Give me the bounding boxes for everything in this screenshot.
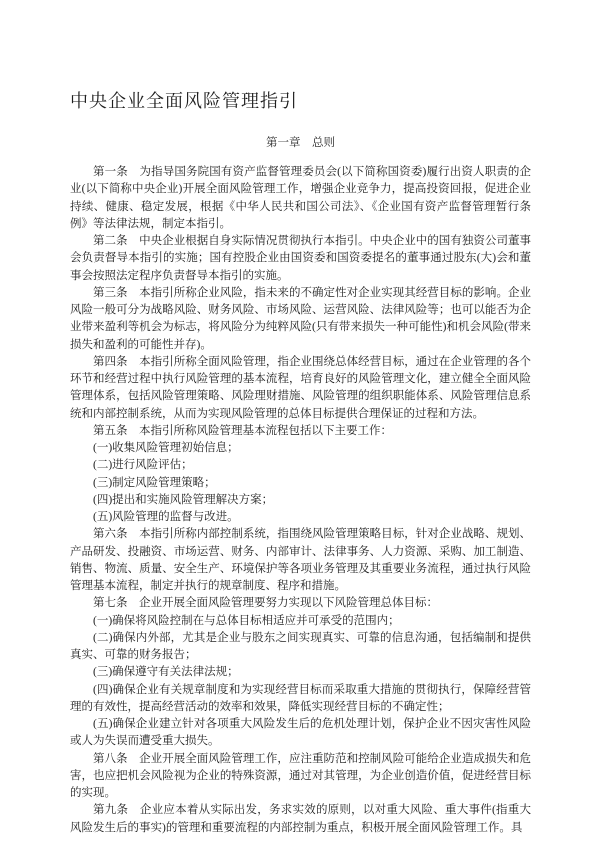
paragraph: 第九条 企业应本着从实际出发，务求实效的原则，以对重大风险、重大事件(指重大风险… [70, 802, 531, 837]
paragraph: 第八条 企业开展全面风险管理工作，应注重防范和控制风险可能给企业造成损失和危害，… [70, 751, 531, 803]
document-title: 中央企业全面风险管理指引 [70, 88, 531, 114]
paragraph: (五)确保企业建立针对各项重大风险发生后的危机处理计划，保护企业不因灾害性风险或… [70, 716, 531, 751]
paragraph: (四)提出和实施风险管理解决方案； [70, 492, 531, 509]
paragraph: 第一条 为指导国务院国有资产监督管理委员会(以下简称国资委)履行出资人职责的企业… [70, 164, 531, 233]
paragraph: (一)收集风险管理初始信息； [70, 440, 531, 457]
paragraph: (二)确保内外部，尤其是企业与股东之间实现真实、可靠的信息沟通，包括编制和提供真… [70, 630, 531, 665]
document-content: 中央企业全面风险管理指引 第一章 总则 第一条 为指导国务院国有资产监督管理委员… [70, 88, 531, 837]
paragraph: (一)确保将风险控制在与总体目标相适应并可承受的范围内； [70, 613, 531, 630]
paragraph: 第四条 本指引所称全面风险管理，指企业围绕总体经营目标，通过在企业管理的各个环节… [70, 354, 531, 423]
paragraph: 第七条 企业开展全面风险管理要努力实现以下风险管理总体目标： [70, 595, 531, 612]
paragraph: 第二条 中央企业根据自身实际情况贯彻执行本指引。中央企业中的国有独资公司董事会负… [70, 233, 531, 285]
paragraph: 第五条 本指引所称风险管理基本流程包括以下主要工作： [70, 423, 531, 440]
paragraph: 第三条 本指引所称企业风险，指未来的不确定性对企业实现其经营目标的影响。企业风险… [70, 285, 531, 354]
paragraph: (三)制定风险管理策略； [70, 475, 531, 492]
paragraph: 第六条 本指引所称内部控制系统，指围绕风险管理策略目标，针对企业战略、规划、产品… [70, 526, 531, 595]
document-page: 中央企业全面风险管理指引 第一章 总则 第一条 为指导国务院国有资产监督管理委员… [0, 0, 600, 850]
chapter-heading: 第一章 总则 [70, 135, 531, 152]
paragraph: (五)风险管理的监督与改进。 [70, 509, 531, 526]
paragraph: (三)确保遵守有关法律法规； [70, 664, 531, 681]
paragraph: (四)确保企业有关规章制度和为实现经营目标而采取重大措施的贯彻执行，保障经营管理… [70, 682, 531, 717]
document-body: 第一条 为指导国务院国有资产监督管理委员会(以下简称国资委)履行出资人职责的企业… [70, 164, 531, 837]
paragraph: (二)进行风险评估； [70, 457, 531, 474]
